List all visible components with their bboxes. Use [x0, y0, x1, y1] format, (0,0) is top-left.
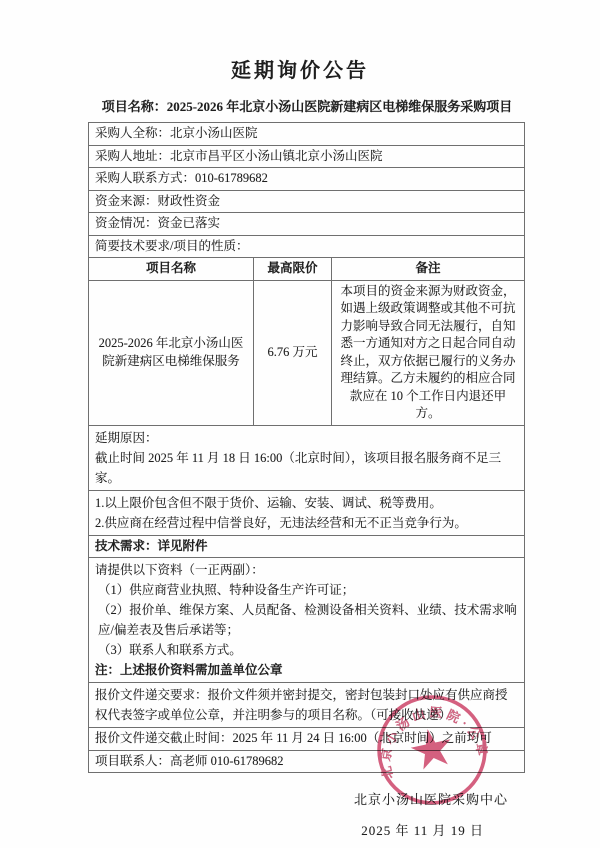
tech-requirement-header-cell: 简要技术要求/项目的性质： — [89, 235, 525, 258]
project-name-label: 项目名称： — [102, 99, 167, 114]
table-row: 资金来源：财政性资金 — [89, 190, 525, 213]
field-value: 北京小汤山医院 — [170, 126, 258, 140]
table-row: 延期原因： 截止时间 2025 年 11 月 18 日 16:00（北京时间），… — [89, 425, 525, 490]
field-value: 010-61789682 — [195, 171, 268, 185]
document-title: 延期询价公告 — [0, 0, 600, 83]
table-row: 采购人联系方式：010-61789682 — [89, 168, 525, 191]
tech-need-value: 详见附件 — [158, 539, 208, 553]
fund-status-cell: 资金情况：资金已落实 — [89, 213, 525, 236]
table-row: 技术需求：详见附件 — [89, 535, 525, 558]
project-name-line: 项目名称：2025-2026 年北京小汤山医院新建病区电梯维保服务采购项目 — [0, 96, 600, 115]
table-row: 1.以上限价包含但不限于货价、运输、安装、调试、税等费用。 2.供应商在经营过程… — [89, 490, 525, 535]
field-label: 资金情况： — [95, 216, 158, 230]
field-value: 财政性资金 — [158, 194, 221, 208]
tech-need-label: 技术需求： — [95, 539, 158, 553]
project-name-cell: 2025-2026 年北京小汤山医院新建病区电梯维保服务 — [89, 280, 254, 425]
table-row: 请提供以下资料（一正两副）： （1）供应商营业执照、特种设备生产许可证； （2）… — [89, 558, 525, 683]
delay-reason-text: 截止时间 2025 年 11 月 18 日 16:00（北京时间），该项目报名服… — [95, 448, 518, 488]
project-name-value: 2025-2026 年北京小汤山医院新建病区电梯维保服务采购项目 — [167, 99, 513, 114]
col-header-project: 项目名称 — [89, 258, 254, 281]
field-label: 采购人全称： — [95, 126, 170, 140]
fund-source-cell: 资金来源：财政性资金 — [89, 190, 525, 213]
table-row: 采购人全称：北京小汤山医院 — [89, 123, 525, 146]
table-row: 采购人地址：北京市昌平区小汤山镇北京小汤山医院 — [89, 145, 525, 168]
materials-item-2: （2）报价单、维保方案、人员配备、检测设备相关资料、业绩、技术需求响应/偏差表及… — [98, 600, 518, 640]
field-label: 资金来源： — [95, 194, 158, 208]
official-seal-stamp: 北京小汤山医院·公章 — [374, 692, 490, 808]
issuing-org: 北京小汤山医院采购中心 — [0, 789, 600, 808]
field-value: 资金已落实 — [158, 216, 221, 230]
issue-date: 2025 年 11 月 19 日 — [0, 820, 600, 839]
field-label: 采购人联系方式： — [95, 171, 195, 185]
materials-note: 注：上述报价资料需加盖单位公章 — [95, 660, 518, 680]
condition-1: 1.以上限价包含但不限于货价、运输、安装、调试、税等费用。 — [95, 493, 518, 513]
conditions-cell: 1.以上限价包含但不限于货价、运输、安装、调试、税等费用。 2.供应商在经营过程… — [89, 490, 525, 535]
col-header-price: 最高限价 — [254, 258, 332, 281]
contact-label: 项目联系人： — [95, 754, 170, 768]
delay-reason-label: 延期原因： — [95, 428, 518, 448]
materials-cell: 请提供以下资料（一正两副）： （1）供应商营业执照、特种设备生产许可证； （2）… — [89, 558, 525, 683]
materials-intro: 请提供以下资料（一正两副）： — [95, 560, 518, 580]
field-label: 采购人地址： — [95, 149, 170, 163]
purchaser-contact-cell: 采购人联系方式：010-61789682 — [89, 168, 525, 191]
purchaser-name-cell: 采购人全称：北京小汤山医院 — [89, 123, 525, 146]
tech-need-cell: 技术需求：详见附件 — [89, 535, 525, 558]
remark-cell: 本项目的资金来源为财政资金，如遇上级政策调整或其他不可抗力影响导致合同无法履行，… — [332, 280, 525, 425]
price-table-header-row: 项目名称 最高限价 备注 — [89, 258, 525, 281]
announcement-table: 采购人全称：北京小汤山医院 采购人地址：北京市昌平区小汤山镇北京小汤山医院 采购… — [88, 122, 525, 773]
condition-2: 2.供应商在经营过程中信誉良好，无违法经营和无不正当竞争行为。 — [95, 513, 518, 533]
field-label: 简要技术要求/项目的性质： — [95, 239, 248, 253]
max-price-cell: 6.76 万元 — [254, 280, 332, 425]
table-row: 简要技术要求/项目的性质： — [89, 235, 525, 258]
seal-star-icon — [408, 725, 456, 771]
col-header-remark: 备注 — [332, 258, 525, 281]
purchaser-address-cell: 采购人地址：北京市昌平区小汤山镇北京小汤山医院 — [89, 145, 525, 168]
contact-value: 高老师 010-61789682 — [170, 754, 284, 768]
materials-item-3: （3）联系人和联系方式。 — [98, 640, 518, 660]
price-table-data-row: 2025-2026 年北京小汤山医院新建病区电梯维保服务 6.76 万元 本项目… — [89, 280, 525, 425]
materials-item-1: （1）供应商营业执照、特种设备生产许可证； — [98, 580, 518, 600]
table-row: 资金情况：资金已落实 — [89, 213, 525, 236]
field-value: 北京市昌平区小汤山镇北京小汤山医院 — [170, 149, 383, 163]
delay-reason-cell: 延期原因： 截止时间 2025 年 11 月 18 日 16:00（北京时间），… — [89, 425, 525, 490]
scanned-document-page: 延期询价公告 项目名称：2025-2026 年北京小汤山医院新建病区电梯维保服务… — [0, 0, 600, 848]
